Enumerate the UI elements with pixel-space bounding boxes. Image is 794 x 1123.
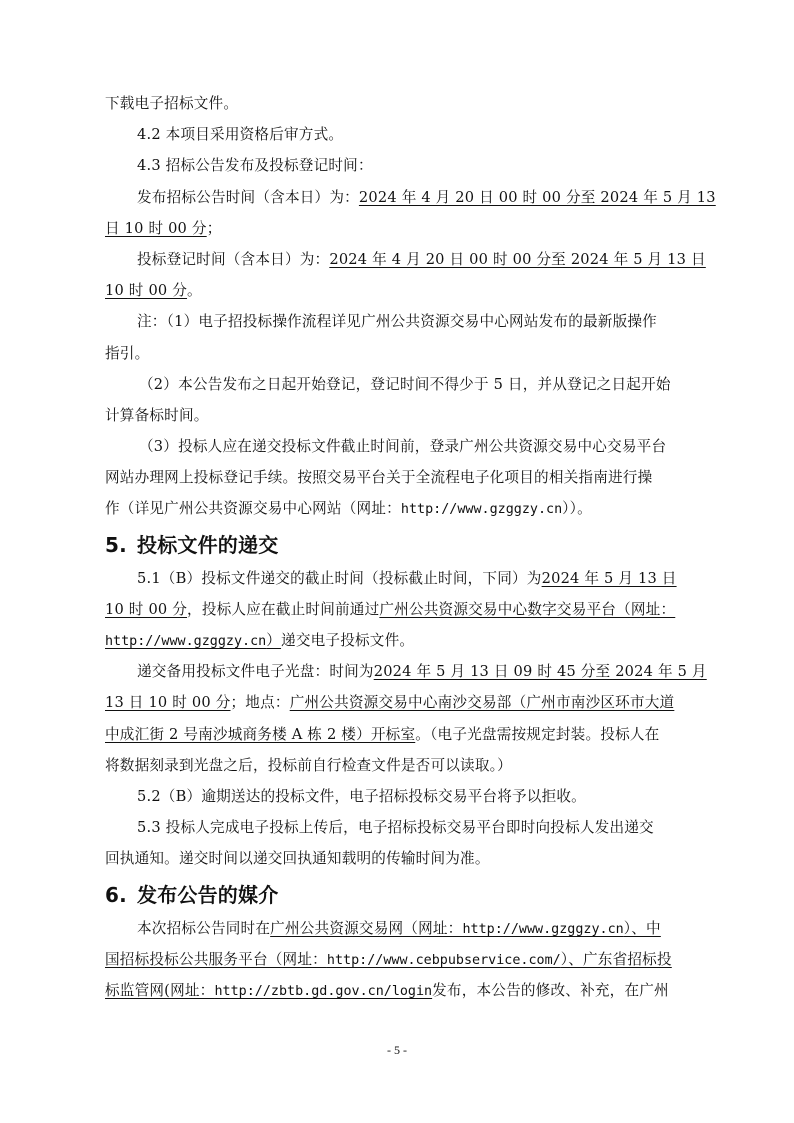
text-segment: 回执通知。递交时间以递交回执通知载明的传输时间为准。 [105, 850, 490, 867]
text-line: 4.2 本项目采用资格后审方式。 [105, 119, 701, 150]
text-segment: 。（电子光盘需按规定封装。投标人在 [415, 726, 659, 743]
text-line: （2）本公告发布之日起开始登记，登记时间不得少于 5 日，并从登记之日起开始 [105, 369, 701, 400]
section-heading: 6.发布公告的媒介 [105, 877, 701, 913]
text-line: 作（详见广州公共资源交易中心网站（网址：http://www.gzggzy.cn… [105, 493, 701, 524]
text-segment: （3）投标人应在递交投标文件截止时间前，登录广州公共资源交易中心交易平台 [139, 438, 666, 455]
page-number: - 5 - [0, 1043, 794, 1058]
text-segment: 4.3 招标公告发布及投标登记时间： [137, 157, 373, 174]
text-line: （3）投标人应在递交投标文件截止时间前，登录广州公共资源交易中心交易平台 [105, 431, 701, 462]
text-line: 日 10 时 00 分； [105, 213, 701, 244]
text-segment: 计算备标时间。 [105, 407, 209, 424]
text-segment: ））。 [562, 500, 592, 517]
text-segment: 4.2 本项目采用资格后审方式。 [137, 126, 343, 143]
underlined-text: http://www.gzggzy.cn [462, 922, 623, 937]
underlined-text: 13 日 10 时 00 分 [105, 694, 231, 711]
underlined-text: 日 10 时 00 分 [105, 220, 207, 237]
text-line: 10 时 00 分。 [105, 275, 701, 306]
underlined-text: 标监管网(网址： [105, 982, 214, 999]
underlined-text: 国招标投标公共服务平台（网址： [105, 951, 327, 968]
underlined-text: 广州公共资源交易中心南沙交易部（广州市南沙区环市大道 [290, 694, 675, 711]
underlined-text: 2024 年 4 月 20 日 00 时 00 分至 2024 年 5 月 13 [359, 189, 716, 206]
text-line: 4.3 招标公告发布及投标登记时间： [105, 150, 701, 181]
text-line: 递交备用投标文件电子光盘：时间为2024 年 5 月 13 日 09 时 45 … [105, 656, 701, 687]
text-line: 10 时 00 分，投标人应在截止时间前通过广州公共资源交易中心数字交易平台（网… [105, 594, 701, 625]
underlined-text: 广州公共资源交易中心数字交易平台（网址： [379, 601, 675, 618]
underlined-text: ）、中 [624, 920, 661, 937]
text-line: 发布招标公告时间（含本日）为：2024 年 4 月 20 日 00 时 00 分… [105, 182, 701, 213]
underlined-text: ） [266, 632, 281, 649]
text-segment: 递交备用投标文件电子光盘：时间为 [137, 663, 374, 680]
text-segment: 注：（1）电子招投标操作流程详见广州公共资源交易中心网站发布的最新版操作 [137, 313, 657, 330]
text-segment: 作（详见广州公共资源交易中心网站（网址： [105, 500, 401, 517]
underlined-text: http://www.cebpubservice.com/ [327, 953, 561, 968]
text-segment: 网站办理网上投标登记手续。按照交易平台关于全流程电子化项目的相关指南进行操 [105, 469, 652, 486]
text-line: 回执通知。递交时间以递交回执通知载明的传输时间为准。 [105, 843, 701, 874]
text-segment: 本次招标公告同时在 [137, 920, 270, 937]
text-line: 下载电子招标文件。 [105, 88, 701, 119]
text-line: 将数据刻录到光盘之后，投标前自行检查文件是否可以读取。） [105, 750, 701, 781]
text-segment: （2）本公告发布之日起开始登记，登记时间不得少于 5 日，并从登记之日起开始 [139, 376, 671, 393]
text-segment: ，投标人应在截止时间前通过 [187, 601, 379, 618]
text-segment: 将数据刻录到光盘之后，投标前自行检查文件是否可以读取。） [105, 757, 512, 774]
section-number: 6. [105, 877, 137, 913]
text-line: 投标登记时间（含本日）为：2024 年 4 月 20 日 00 时 00 分至 … [105, 244, 701, 275]
text-segment: 5.1（B）投标文件递交的截止时间（投标截止时间，下同）为 [137, 570, 542, 587]
underlined-text: 2024 年 4 月 20 日 00 时 00 分至 2024 年 5 月 13… [329, 251, 705, 268]
section-heading: 5.投标文件的递交 [105, 527, 701, 563]
text-line: 计算备标时间。 [105, 400, 701, 431]
underlined-text: 2024 年 5 月 13 日 09 时 45 分至 2024 年 5 月 [374, 663, 707, 680]
section-title: 发布公告的媒介 [137, 883, 278, 907]
text-segment: 5.3 投标人完成电子投标上传后，电子招标投标交易平台即时向投标人发出递交 [137, 819, 654, 836]
underlined-text: http://www.gzggzy.cn [105, 634, 266, 649]
underlined-text: 广州公共资源交易网（网址： [270, 920, 462, 937]
section-number: 5. [105, 527, 137, 563]
text-segment: 指引。 [105, 345, 149, 362]
document-page: 下载电子招标文件。4.2 本项目采用资格后审方式。4.3 招标公告发布及投标登记… [105, 88, 701, 1006]
underlined-text: 2024 年 5 月 13 日 [542, 570, 677, 587]
text-line: 本次招标公告同时在广州公共资源交易网（网址：http://www.gzggzy.… [105, 913, 701, 944]
text-segment: 递交电子投标文件。 [281, 632, 414, 649]
text-segment: ；地点： [231, 694, 290, 711]
text-segment: ； [207, 220, 222, 237]
text-line: http://www.gzggzy.cn）递交电子投标文件。 [105, 625, 701, 656]
underlined-text: 中成汇街 2 号南沙城商务楼 A 栋 2 楼）开标室 [105, 726, 415, 743]
text-line: 中成汇街 2 号南沙城商务楼 A 栋 2 楼）开标室。（电子光盘需按规定封装。投… [105, 719, 701, 750]
text-line: 标监管网(网址：http://zbtb.gd.gov.cn/login发布，本公… [105, 975, 701, 1006]
text-segment: 5.2（B）逾期送达的投标文件，电子招标投标交易平台将予以拒收。 [137, 788, 586, 805]
text-line: 5.1（B）投标文件递交的截止时间（投标截止时间，下同）为2024 年 5 月 … [105, 563, 701, 594]
text-segment: 。 [187, 282, 202, 299]
underlined-text: ）、广东省招标投 [561, 951, 672, 968]
text-segment: 投标登记时间（含本日）为： [137, 251, 329, 268]
text-line: 网站办理网上投标登记手续。按照交易平台关于全流程电子化项目的相关指南进行操 [105, 462, 701, 493]
underlined-text: 10 时 00 分 [105, 601, 187, 618]
text-segment: 发布，本公告的修改、补充，在广州 [432, 982, 669, 999]
text-line: 注：（1）电子招投标操作流程详见广州公共资源交易中心网站发布的最新版操作 [105, 306, 701, 337]
text-line: 5.2（B）逾期送达的投标文件，电子招标投标交易平台将予以拒收。 [105, 781, 701, 812]
text-line: 13 日 10 时 00 分；地点：广州公共资源交易中心南沙交易部（广州市南沙区… [105, 687, 701, 718]
text-segment: 发布招标公告时间（含本日）为： [137, 189, 359, 206]
underlined-text: 10 时 00 分 [105, 282, 187, 299]
text-segment: 下载电子招标文件。 [105, 95, 238, 112]
text-segment: http://www.gzggzy.cn [401, 502, 562, 517]
text-line: 国招标投标公共服务平台（网址：http://www.cebpubservice.… [105, 944, 701, 975]
text-line: 5.3 投标人完成电子投标上传后，电子招标投标交易平台即时向投标人发出递交 [105, 812, 701, 843]
underlined-text: http://zbtb.gd.gov.cn/login [214, 984, 432, 999]
text-line: 指引。 [105, 338, 701, 369]
section-title: 投标文件的递交 [137, 533, 278, 557]
